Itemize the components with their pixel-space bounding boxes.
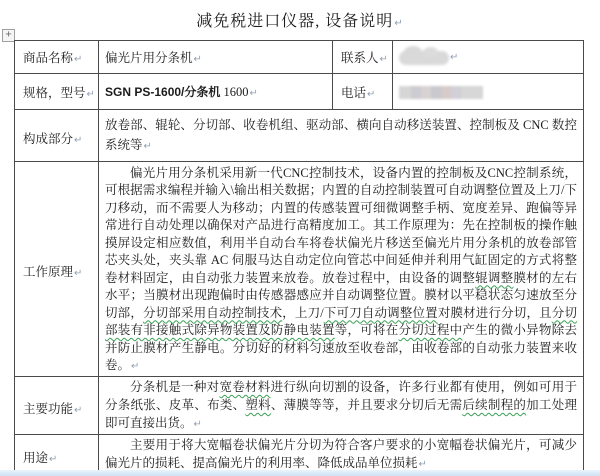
model-number: SGN PS-1600/分条机: [105, 85, 220, 99]
paragraph-mark: ↵: [250, 88, 258, 99]
paragraph-mark: ↵: [380, 54, 388, 65]
paragraph-mark: ↵: [131, 361, 139, 372]
paragraph-mark: ↵: [49, 454, 57, 465]
paragraph-mark: ↵: [194, 54, 202, 65]
redacted-phone-number: [399, 86, 483, 99]
paragraph-mark: ↵: [367, 89, 375, 100]
working-principle-paragraph: 偏光片用分条机采用新一代CNC控制技术，设备内置的控制板及CNC控制系统，可根据…: [105, 165, 577, 376]
value-contact-person: ↵: [393, 41, 584, 74]
value-product-name: 偏光片用分条机↵: [99, 41, 333, 74]
value-main-functions: 分条机是一种对宽卷材料进行纵向切割的设备，许多行业都有使用，例如可用于分条纸张、…: [99, 377, 584, 435]
label-phone: 电话↵: [333, 74, 393, 110]
paragraph-mark: ↵: [144, 141, 152, 152]
table-row: 主要功能↵ 分条机是一种对宽卷材料进行纵向切割的设备，许多行业都有使用，例如可用…: [15, 377, 584, 435]
table-row: 工作原理↵ 偏光片用分条机采用新一代CNC控制技术，设备内置的控制板及CNC控制…: [15, 162, 584, 377]
usage-paragraph: 主要用于将大宽幅卷状偏光片分切为符合客户要求的小宽幅卷状偏光片，可减少偏光片的损…: [105, 436, 577, 474]
main-functions-paragraph: 分条机是一种对宽卷材料进行纵向切割的设备，许多行业都有使用，例如可用于分条纸张、…: [105, 378, 577, 434]
paragraph-mark: ↵: [74, 54, 82, 65]
paragraph-mark: ↵: [194, 419, 202, 430]
page-title: 减免税进口仪器, 设备说明↵: [0, 8, 600, 31]
paragraph-mark: ↵: [74, 268, 82, 279]
paragraph-mark: ↵: [419, 459, 427, 470]
value-components: 放卷部、辊轮、分切部、收卷机组、驱动部、横向自动移送装置、控制板及 CNC 数控…: [99, 110, 584, 162]
label-working-principle: 工作原理↵: [15, 162, 99, 377]
paragraph-mark: ↵: [74, 405, 82, 416]
label-product-name: 商品名称↵: [15, 41, 99, 74]
components-paragraph: 放卷部、辊轮、分切部、收卷机组、驱动部、横向自动移送装置、控制板及 CNC 数控…: [105, 115, 577, 157]
equipment-description-table: 商品名称↵ 偏光片用分条机↵ 联系人↵ ↵ 规格，型号↵ SGN PS-1600…: [14, 40, 584, 475]
label-components: 构成部分↵: [15, 110, 99, 162]
paragraph-mark: ↵: [87, 89, 95, 100]
title-paragraph-mark: ↵: [394, 18, 403, 29]
value-phone: [393, 74, 584, 110]
paragraph-mark: ↵: [74, 135, 82, 146]
table-row: 商品名称↵ 偏光片用分条机↵ 联系人↵ ↵: [15, 41, 584, 74]
redacted-contact-name: [399, 51, 449, 65]
label-main-functions: 主要功能↵: [15, 377, 99, 435]
label-usage: 用途↵: [15, 435, 99, 475]
table-row: 构成部分↵ 放卷部、辊轮、分切部、收卷机组、驱动部、横向自动移送装置、控制板及 …: [15, 110, 584, 162]
bottom-window-strip: [0, 470, 600, 476]
paragraph-mark: ↵: [450, 52, 458, 63]
table-row: 规格，型号↵ SGN PS-1600/分条机 1600↵ 电话↵: [15, 74, 584, 110]
label-contact-person: 联系人↵: [333, 41, 393, 74]
table-row: 用途↵ 主要用于将大宽幅卷状偏光片分切为符合客户要求的小宽幅卷状偏光片，可减少偏…: [15, 435, 584, 475]
value-working-principle: 偏光片用分条机采用新一代CNC控制技术，设备内置的控制板及CNC控制系统，可根据…: [99, 162, 584, 377]
value-usage: 主要用于将大宽幅卷状偏光片分切为符合客户要求的小宽幅卷状偏光片，可减少偏光片的损…: [99, 435, 584, 475]
label-spec-model: 规格，型号↵: [15, 74, 99, 110]
value-spec-model: SGN PS-1600/分条机 1600↵: [99, 74, 333, 110]
